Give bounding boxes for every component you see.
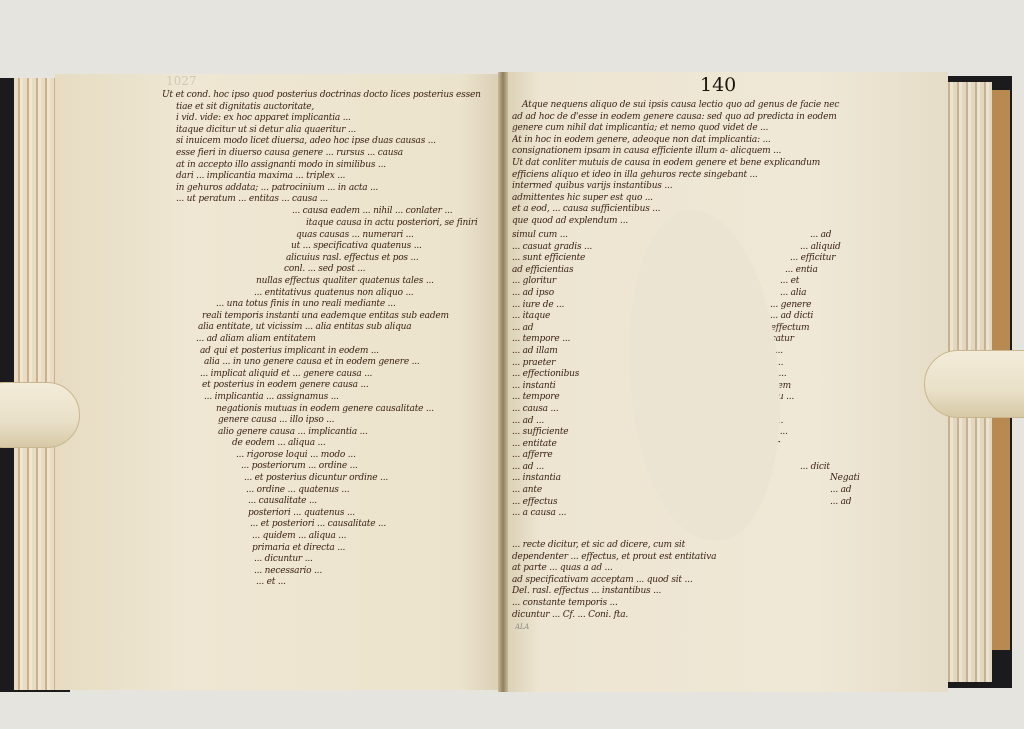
text-line: ad specificativam acceptam ... quod sit …	[512, 575, 832, 587]
text-line: genere cum nihil dat implicantia; et nem…	[512, 123, 882, 135]
text-line: itaque dicitur ut si detur alia quaeritu…	[162, 125, 498, 137]
text-line: At in hoc in eodem genere, adeoque non d…	[512, 135, 882, 147]
text-line: ... ordine ... quatenus ...	[196, 485, 498, 497]
text-line: ... dicuntur ...	[196, 554, 498, 566]
text-line: ... ut peratum ... entitas ... causa ...	[162, 194, 498, 206]
text-line: nullas effectus qualiter quatenus tales …	[196, 276, 498, 288]
text-line: posteriori ... quatenus ...	[196, 508, 498, 520]
text-line: genere causa ... illo ipso ...	[196, 415, 498, 427]
text-line: conl. ... sed post ...	[196, 264, 498, 276]
text-line: Del. rasl. effectus ... instantibus ...	[512, 586, 832, 598]
margin-mark: ALA	[515, 622, 545, 634]
book-gutter	[498, 72, 508, 692]
text-line: ... constante temporis ...	[512, 598, 832, 610]
text-line: ... et ...	[196, 577, 498, 589]
text-line: Ut et cond. hoc ipso quod posterius doct…	[162, 90, 498, 102]
text-line: esse fieri in diuerso causa genere ... r…	[162, 148, 498, 160]
text-line: ... causalitate ...	[196, 496, 498, 508]
book-holder-strap-right	[924, 350, 1024, 418]
text-line: ... ad aliam aliam entitatem	[196, 334, 498, 346]
text-line: alia ... in uno genere causa et in eodem…	[196, 357, 498, 369]
text-line: ... una totus finis in uno reali mediant…	[196, 299, 498, 311]
text-line: ... quidem ... aliqua ...	[196, 531, 498, 543]
text-line: negationis mutuas in eodem genere causal…	[196, 404, 498, 416]
text-line: admittentes hic super est quo ...	[512, 193, 882, 205]
text-line: at in accepto illo assignanti modo in si…	[162, 160, 498, 172]
text-line: intermed quibus varijs instantibus ...	[512, 181, 882, 193]
text-line: primaria et directa ...	[196, 543, 498, 555]
text-line: Ut dat conliter mutuis de causa in eodem…	[512, 158, 882, 170]
faint-page-number: 1027	[166, 74, 197, 88]
book-holder-strap-left	[0, 382, 80, 448]
text-line: consignationem ipsam in causa efficiente…	[512, 146, 882, 158]
text-line: quas causas ... numerari ...	[196, 230, 498, 242]
left-text-body: itaque causa in actu posteriori, se fini…	[196, 218, 498, 628]
right-text-bottom: ... recte dicitur, et sic ad dicere, cum…	[512, 540, 832, 640]
text-line: dari ... implicantia maxima ... triplex …	[162, 171, 498, 183]
text-line: ... et posteriori ... causalitate ...	[196, 519, 498, 531]
text-line: dependenter ... effectus, et prout est e…	[512, 552, 832, 564]
text-line: ad qui et posterius implicant in eodem .…	[196, 346, 498, 358]
text-line: si inuicem modo licet diuersa, adeo hoc …	[162, 136, 498, 148]
text-line: ... recte dicitur, et sic ad dicere, cum…	[512, 540, 832, 552]
text-line: itaque causa in actu posteriori, se fini…	[196, 218, 498, 230]
text-line: alio genere causa ... implicantia ...	[196, 427, 498, 439]
text-line: ... rigorose loqui ... modo ...	[196, 450, 498, 462]
text-line: in gehuros addata; ... patrocinium ... i…	[162, 183, 498, 195]
text-line: i vid. vide: ex hoc apparet implicantia …	[162, 113, 498, 125]
text-line: ... implicantia ... assignamus ...	[196, 392, 498, 404]
text-line: at parte ... quas a ad ...	[512, 563, 832, 575]
text-line: reali temporis instanti una eademque ent…	[196, 311, 498, 323]
text-line: ... entitativus quatenus non aliquo ...	[196, 288, 498, 300]
text-line: ... implicat aliquid et ... genere causa…	[196, 369, 498, 381]
text-line: tiae et sit dignitatis auctoritate,	[162, 102, 498, 114]
text-line: ... posteriorum ... ordine ...	[196, 461, 498, 473]
text-line: efficiens aliquo et ideo in illa gehuros…	[512, 170, 882, 182]
text-line: dicuntur ... Cf. ... Coni. fta.	[512, 610, 832, 622]
text-line: ... necessario ...	[196, 566, 498, 578]
text-line: ad ad hoc de d'esse in eodem genere caus…	[512, 112, 882, 124]
text-line: et posterius in eodem genere causa ...	[196, 380, 498, 392]
text-line: ... causa eadem ... nihil ... conlater .…	[162, 206, 498, 218]
left-text-top: Ut et cond. hoc ipso quod posterius doct…	[162, 90, 498, 220]
page-number: 140	[700, 74, 736, 96]
text-line: alicuius rasl. effectus et pos ...	[196, 253, 498, 265]
right-text-left-column: simul cum ...... casuat gradis ...... su…	[512, 230, 632, 550]
text-line: ... et posterius dicuntur ordine ...	[196, 473, 498, 485]
text-line: ut ... specificativa quatenus ...	[196, 241, 498, 253]
text-line: de eodem ... aliqua ...	[196, 438, 498, 450]
text-line: Atque nequens aliquo de sui ipsis causa …	[512, 100, 882, 112]
text-line: alia entitate, ut vicissim ... alia enti…	[196, 322, 498, 334]
